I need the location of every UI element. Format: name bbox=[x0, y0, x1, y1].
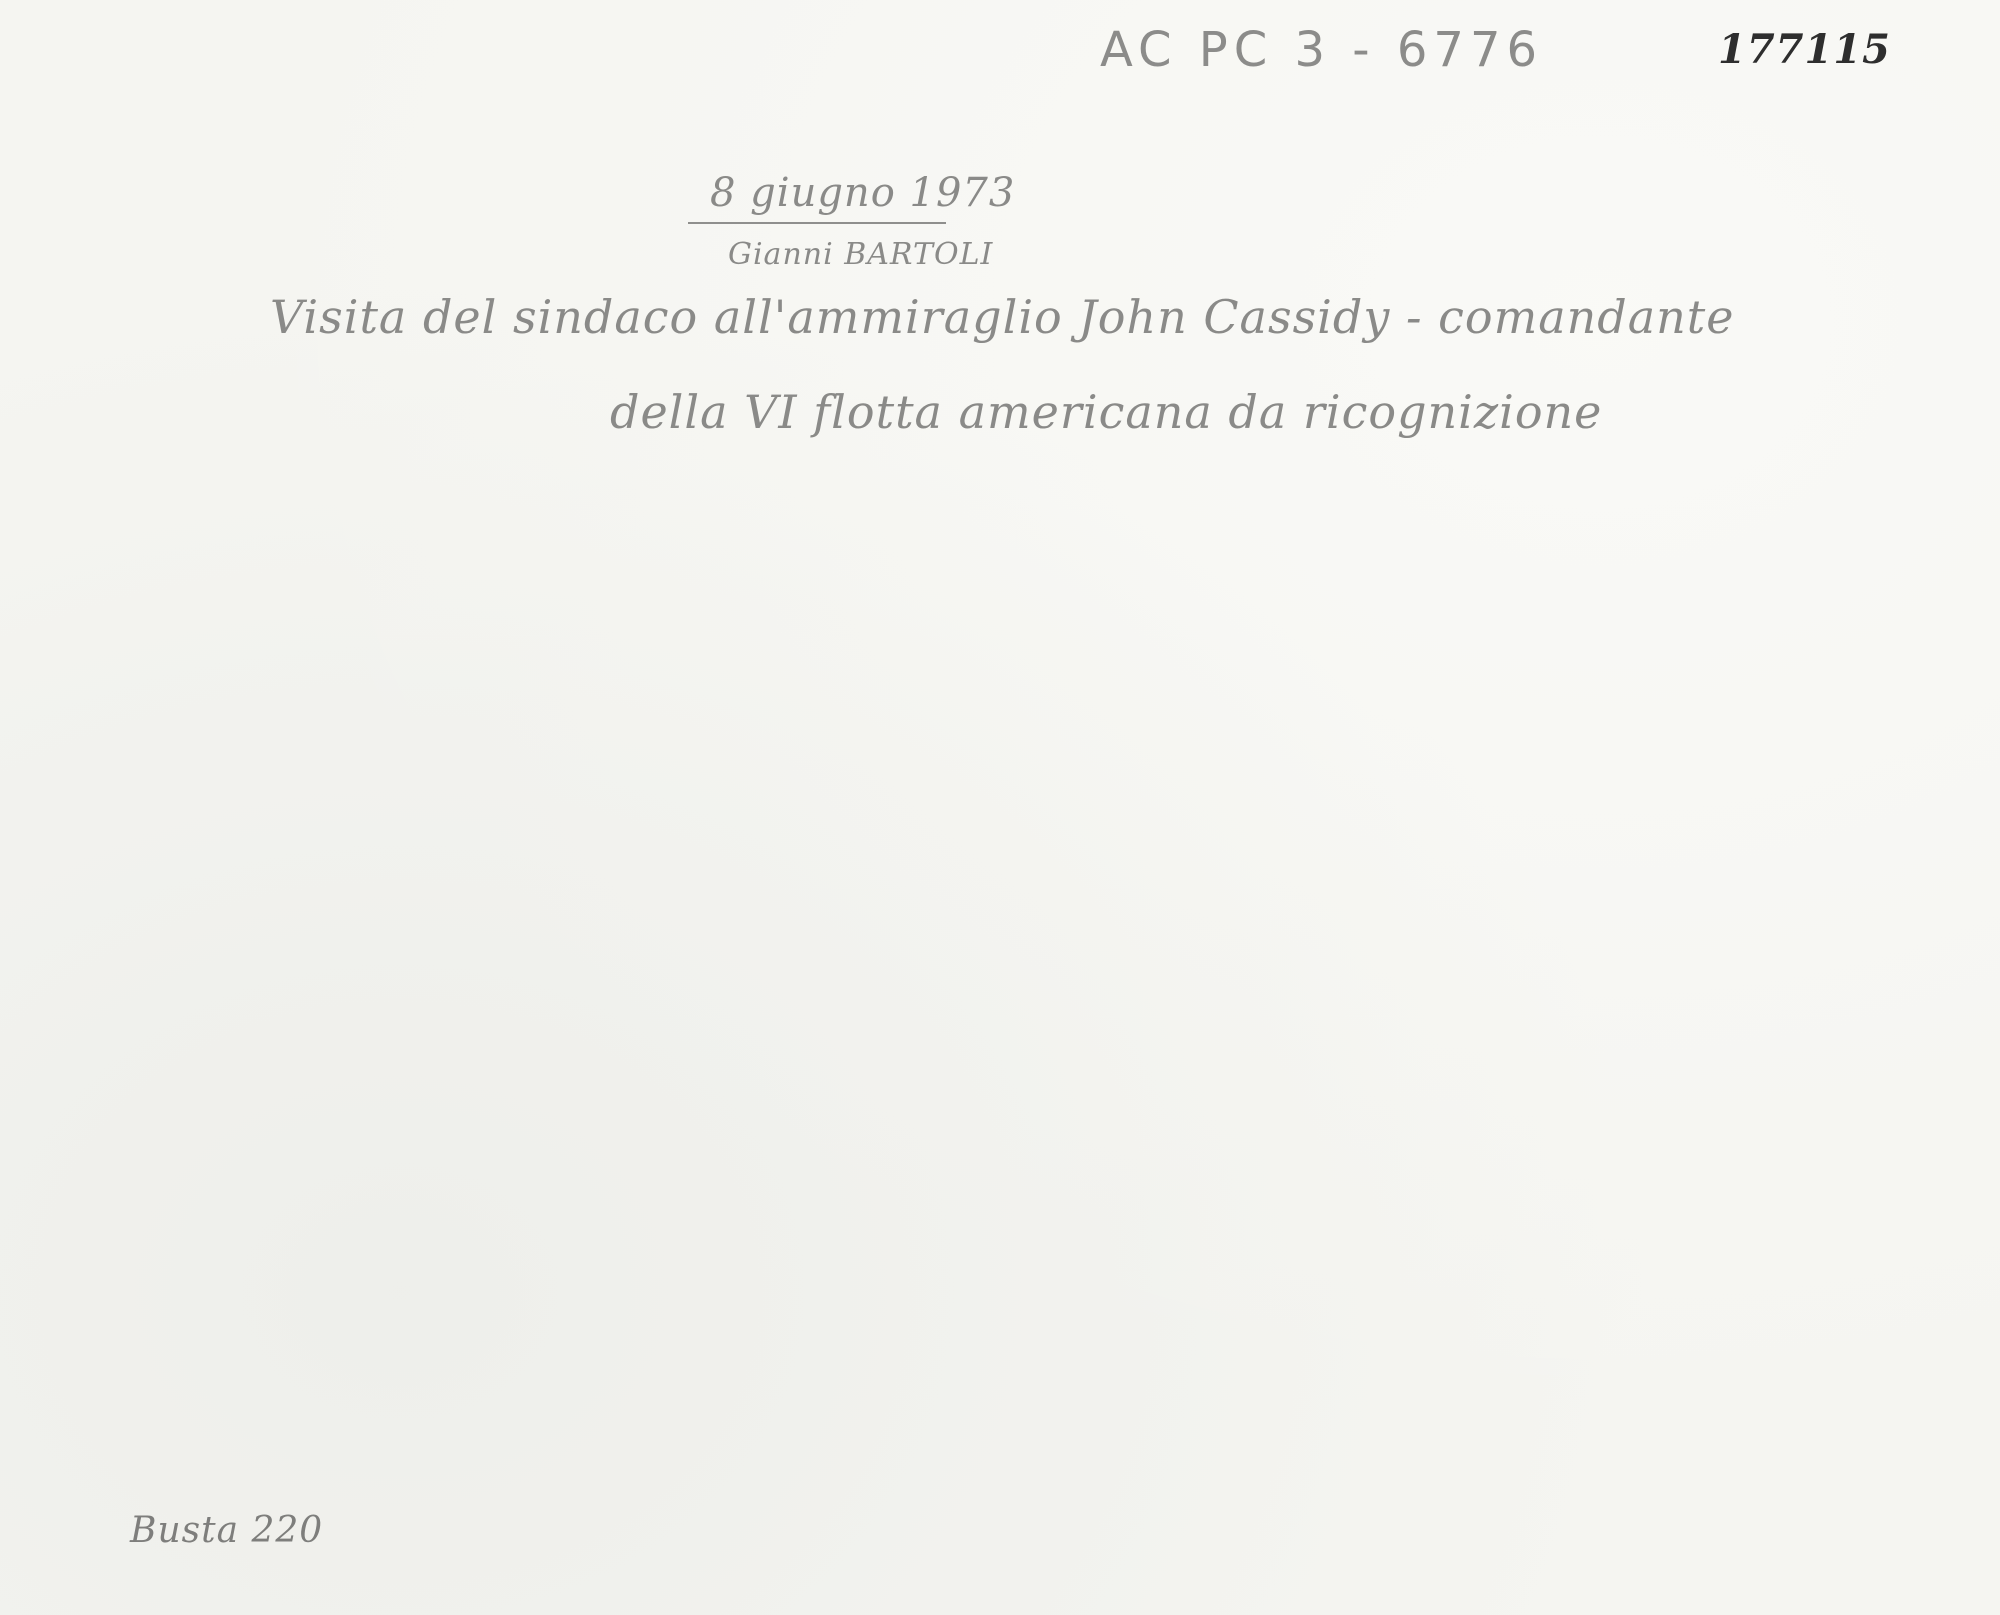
photo-verso-paper: AC PC 3 - 6776 177115 8 giugno 1973 Gian… bbox=[0, 0, 2000, 1615]
inventory-number: 177115 bbox=[1718, 26, 1891, 73]
caption-line-1: Visita del sindaco all'ammiraglio John C… bbox=[270, 290, 1734, 344]
photographer-name: Gianni BARTOLI bbox=[728, 237, 993, 272]
archive-code: AC PC 3 - 6776 bbox=[1100, 22, 1543, 78]
date-annotation: 8 giugno 1973 bbox=[710, 170, 1015, 216]
box-label: Busta 220 bbox=[130, 1510, 323, 1551]
caption-line-2: della VI flotta americana da ricognizion… bbox=[610, 385, 1602, 439]
date-underline bbox=[688, 222, 946, 224]
